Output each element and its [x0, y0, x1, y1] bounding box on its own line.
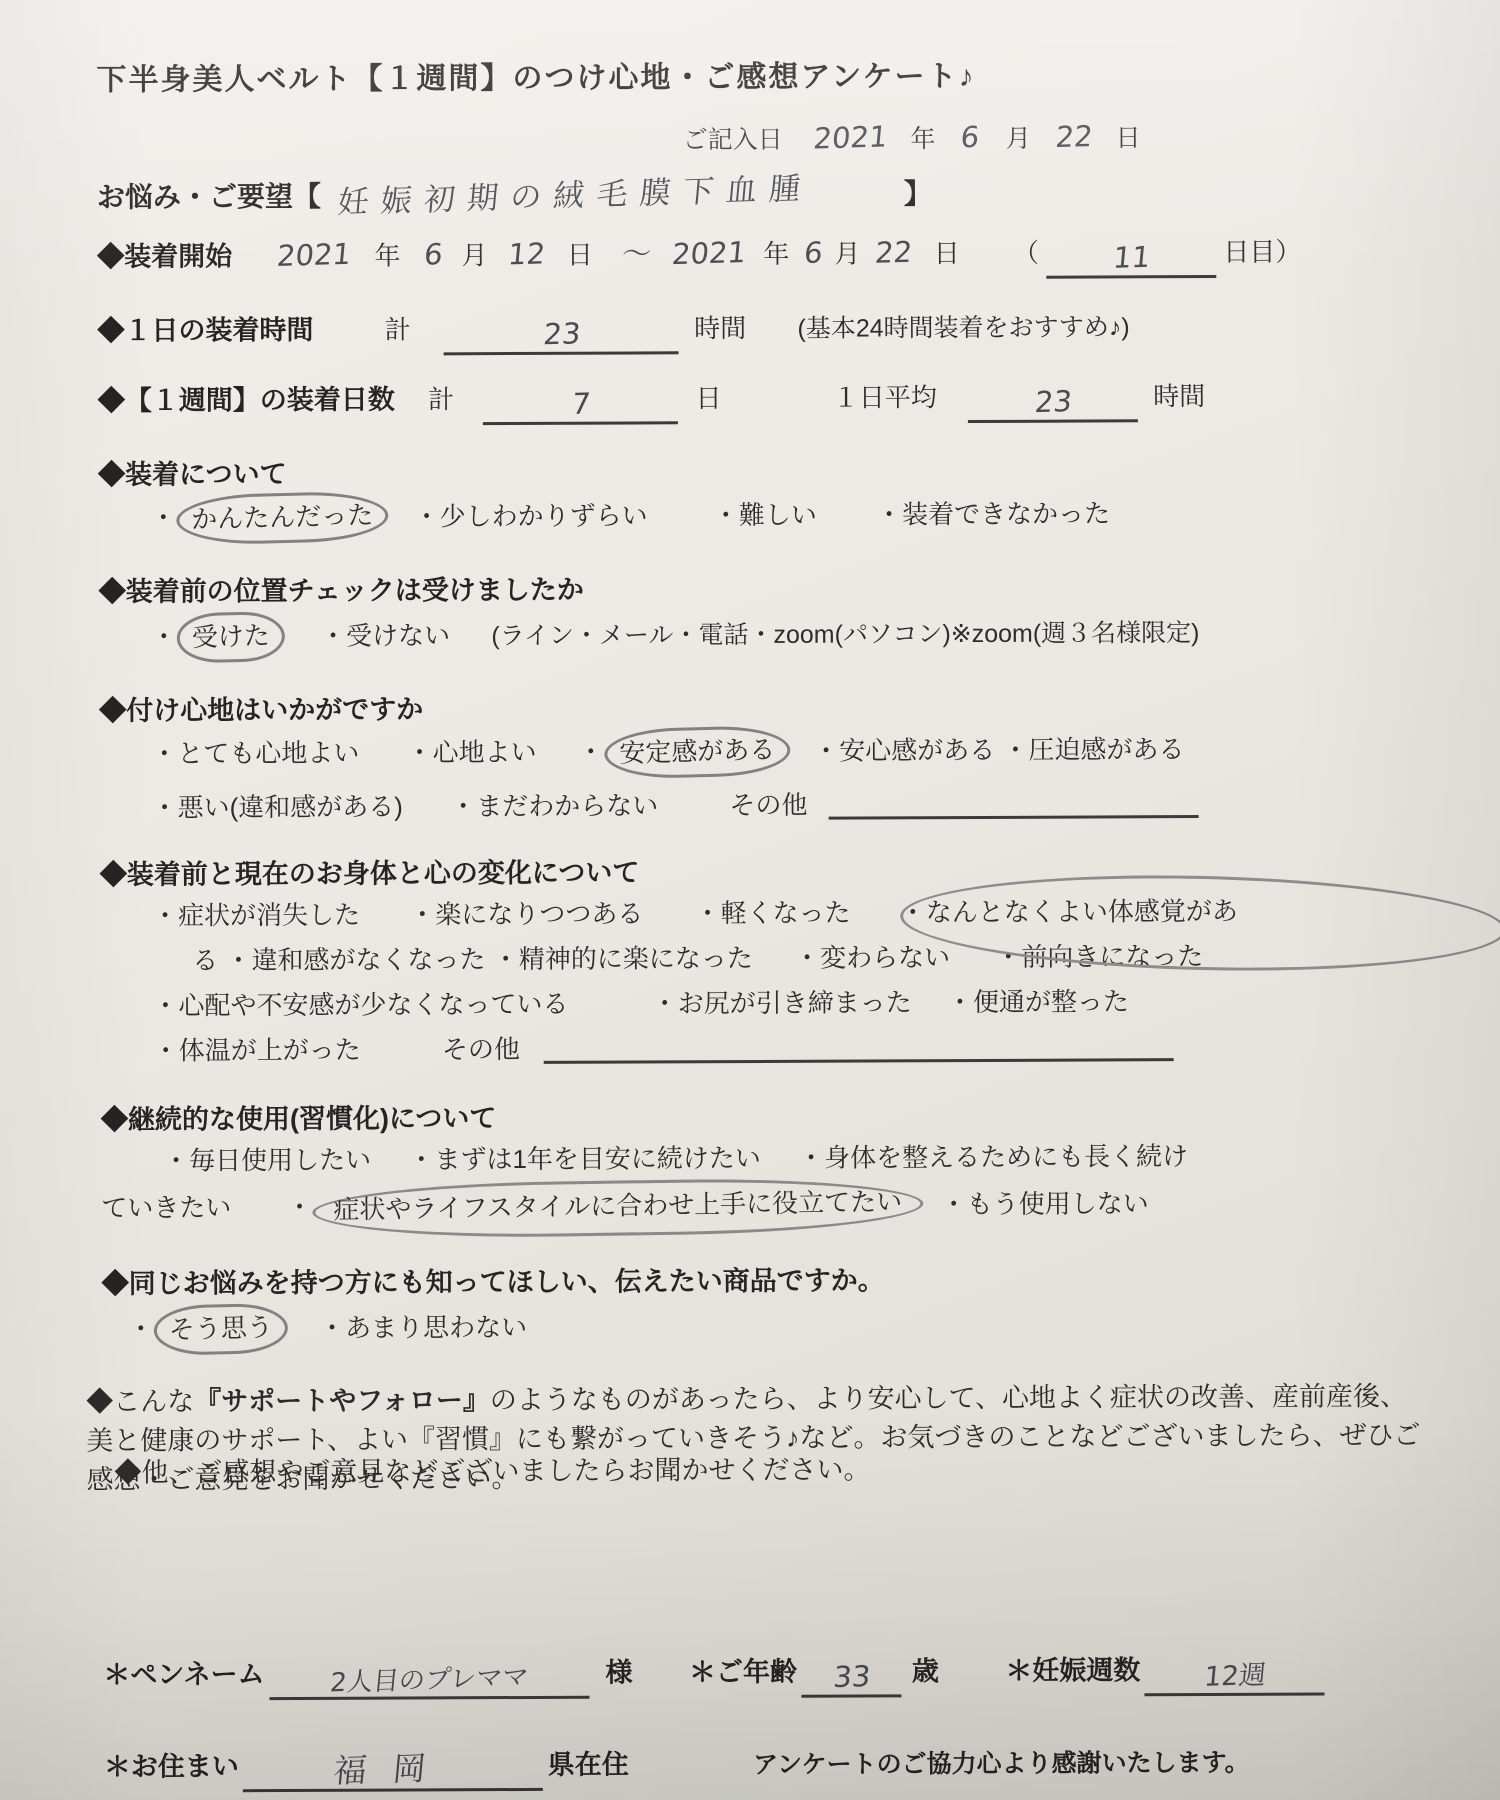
selected-option-circle: 症状やライフスタイルに合わせ上手に役立てたい — [312, 1176, 924, 1240]
bullet: ・ — [995, 936, 1021, 973]
penname-label: ＊ペンネーム — [103, 1659, 264, 1690]
changes-other-label: その他 — [442, 1029, 520, 1066]
recommend-options-row: ・そう思う ・あまり思わない — [102, 1301, 1438, 1353]
option-difficult: 難しい — [739, 494, 817, 531]
wear-start-row: ◆装着開始 2021 年 6 月 12 日 〜 2021 年 6 月 22 日 … — [97, 228, 1433, 283]
other-comments-heading: ◆他、ご感想やご意見などございましたらお聞かせください。 — [114, 1447, 870, 1489]
option-fit-lifestyle: 症状やライフスタイルに合わせ上手に役立てたい — [333, 1181, 902, 1226]
option-getting-easier: 楽になりつつある — [435, 893, 643, 931]
option-no-discomfort: 違和感がなくなった — [251, 939, 485, 977]
wear-end-month-value: 6 — [803, 235, 825, 270]
precheck-methods-note: (ライン・メール・電話・zoom(パソコン)※zoom(週３名様限定) — [491, 613, 1199, 652]
concern-close-bracket: 】 — [904, 178, 932, 209]
wear-start-label: ◆装着開始 — [97, 241, 232, 272]
wear-end-day-unit: 日 — [934, 233, 960, 270]
concern-row: お悩み・ご要望【 妊娠初期の絨毛膜下血腫 】 — [97, 165, 1433, 216]
weeks-label: ＊妊娠週数 — [1005, 1655, 1140, 1686]
precheck-options-row: ・受けた ・受けない (ライン・メール・電話・zoom(パソコン)※zoom(週… — [99, 609, 1435, 661]
section-precheck: ◆装着前の位置チェックは受けましたか ・受けた ・受けない (ライン・メール・電… — [99, 564, 1435, 661]
option-pressure-feeling: 圧迫感がある — [1028, 729, 1184, 767]
survey-photo: 下半身美人ベルト【１週間】のつけ心地・ご感想アンケート♪ ご記入日 2021 年… — [0, 0, 1500, 1800]
recommend-heading: ◆同じお悩みを持つ方にも知ってほしい、伝えたい商品ですか。 — [102, 1256, 1438, 1301]
date-range-tilde: 〜 — [620, 231, 653, 273]
option-no-change: 変わらない — [820, 937, 950, 975]
continue-options-row-2: ていきたい ・症状やライフスタイルに合わせ上手に役立てたい ・もう使用しない — [101, 1182, 1437, 1232]
bullet: ・ — [900, 892, 926, 929]
bullet: ・ — [286, 1187, 312, 1224]
option-firmer-hips: お尻が引き締まった — [678, 982, 912, 1020]
option-no-more-use: もう使用しない — [967, 1183, 1149, 1221]
support-request-highlight: 『サポートやフォロー』 — [194, 1385, 490, 1416]
support-request-lead: ◆こんな — [86, 1386, 194, 1416]
option-easy: かんたんだった — [191, 494, 374, 536]
bullet: ・ — [450, 786, 476, 823]
section-changes: ◆装着前と現在のお身体と心の変化について ・症状が消失した ・楽になりつつある … — [100, 847, 1437, 1068]
daily-average-value: 23 — [1033, 386, 1073, 419]
option-good-body-sense-part2: る — [192, 940, 218, 977]
age-value: 33 — [831, 1661, 871, 1694]
bullet: ・ — [319, 1307, 345, 1344]
comfort-heading: ◆付け心地はいかがですか — [99, 683, 1435, 728]
option-very-comfortable: とても心地よい — [177, 732, 359, 770]
bullet: ・ — [713, 495, 739, 532]
option-comfortable: 心地よい — [433, 732, 537, 769]
respondent-row: ＊ペンネーム 2人目のプレママ 様 ＊ご年齢 33 歳 ＊妊娠週数 12週 — [103, 1647, 1325, 1700]
bullet: ・ — [794, 937, 820, 974]
wear-end-year-value: 2021 — [671, 235, 748, 271]
option-warmer-body: 体温が上がった — [179, 1029, 361, 1067]
concern-value: 妊娠初期の絨毛膜下血腫 — [337, 160, 903, 222]
option-bit-confusing: 少しわかりずらい — [440, 495, 648, 533]
bullet: ・ — [694, 893, 720, 930]
section-fitting: ◆装着について ・かんたんだった ・少しわかりずらい ・難しい ・装着できなかっ… — [98, 447, 1434, 542]
selected-option-circle: かんたんだった — [176, 490, 389, 545]
entry-date-day-unit: 日 — [1116, 118, 1141, 154]
wear-start-month-value: 6 — [422, 237, 444, 272]
option-agree: そう思う — [168, 1307, 273, 1347]
bullet: ・ — [813, 730, 839, 767]
survey-title: 下半身美人ベルト【１週間】のつけ心地・ご感想アンケート♪ — [96, 49, 1432, 99]
daily-hours-row: ◆１日の装着時間 計 23 時間 (基本24時間装着をおすすめ♪) — [97, 303, 1433, 357]
changes-options-row-3: ・心配や不安感が少なくなっている ・お尻が引き締まった ・便通が整った — [100, 980, 1436, 1023]
bullet: ・ — [578, 731, 604, 768]
bullet: ・ — [152, 985, 178, 1022]
option-not-really: あまり思わない — [345, 1307, 527, 1345]
week-days-label: ◆【１週間】の装着日数 — [98, 384, 395, 415]
changes-other-blank — [543, 1057, 1173, 1064]
daily-average-label: １日平均 — [833, 377, 937, 414]
bullet: ・ — [798, 1137, 824, 1174]
option-received: 受けた — [191, 615, 270, 654]
bullet: ・ — [408, 1139, 434, 1176]
entry-date-month-value: 6 — [959, 120, 981, 155]
wear-start-year-unit: 年 — [374, 236, 400, 273]
penname-value: 2人目のプレママ — [329, 1663, 530, 1698]
wear-start-month-unit: 月 — [461, 235, 487, 272]
selected-option-circle: 安定感がある — [603, 725, 790, 780]
option-better-bowel: 便通が整った — [973, 981, 1129, 1019]
bullet: ・ — [150, 497, 176, 534]
residence-value: 福岡 — [332, 1750, 454, 1790]
bullet: ・ — [414, 496, 440, 533]
entry-date-day-value: 22 — [1054, 119, 1094, 154]
penname-blank: 2人目のプレママ — [269, 1666, 589, 1700]
bullet: ・ — [225, 940, 251, 977]
comfort-other-label: その他 — [729, 784, 807, 821]
week-days-unit: 日 — [695, 378, 721, 415]
wear-end-year-unit: 年 — [763, 234, 789, 271]
section-comfort: ◆付け心地はいかがですか ・とても心地よい ・心地よい ・安定感がある ・安心感… — [99, 683, 1436, 825]
weeks-blank: 12週 — [1145, 1661, 1325, 1695]
wear-end-day-value: 22 — [874, 235, 914, 270]
age-unit: 歳 — [912, 1656, 939, 1686]
week-days-value: 7 — [570, 388, 591, 420]
changes-options-row-2: る ・違和感がなくなった ・精神的に楽になった ・変わらない ・前向きになった — [100, 935, 1436, 978]
bullet: ・ — [128, 1308, 154, 1345]
selected-option-circle: 受けた — [176, 611, 285, 664]
week-days-blank: 7 — [483, 388, 678, 425]
daily-hours-blank: 23 — [444, 318, 679, 355]
option-continue-long-part1: 身体を整えるためにも長く続け — [824, 1136, 1188, 1175]
changes-options-row-1: ・症状が消失した ・楽になりつつある ・軽くなった ・なんとなくよい体感覚があ — [100, 890, 1436, 933]
comfort-options-row-2: ・悪い(違和感がある) ・まだわからない その他 — [100, 782, 1436, 825]
option-not-received: 受けない — [346, 615, 450, 652]
changes-options-row-4: ・体温が上がった その他 — [101, 1025, 1437, 1068]
daily-hours-total-label: 計 — [385, 309, 411, 346]
survey-sheet: 下半身美人ベルト【１週間】のつけ心地・ご感想アンケート♪ ご記入日 2021 年… — [0, 0, 1500, 1800]
wear-start-day-value: 12 — [507, 236, 547, 271]
week-days-total-label: 計 — [428, 379, 454, 416]
residence-unit: 県在住 — [548, 1750, 629, 1780]
comfort-other-blank — [829, 814, 1199, 820]
bullet: ・ — [407, 732, 433, 769]
elapsed-days-blank: 11 — [1046, 242, 1216, 279]
elapsed-days-value: 11 — [1111, 242, 1151, 275]
thanks-message: アンケートのご協力心より感謝いたします。 — [753, 1749, 1250, 1779]
bullet: ・ — [163, 1140, 189, 1177]
section-recommend: ◆同じお悩みを持つ方にも知ってほしい、伝えたい商品ですか。 ・そう思う ・あまり… — [102, 1256, 1438, 1353]
bullet: ・ — [652, 983, 678, 1020]
continue-options-row-1: ・毎日使用したい ・まずは1年を目安に続けたい ・身体を整えるためにも長く続け — [101, 1135, 1437, 1178]
entry-date-year-unit: 年 — [910, 119, 935, 155]
option-good-body-sense-part1: なんとなくよい体感覚があ — [926, 891, 1238, 929]
comfort-options-row-1: ・とても心地よい ・心地よい ・安定感がある ・安心感がある ・圧迫感がある — [99, 726, 1435, 778]
daily-average-unit: 時間 — [1153, 376, 1205, 413]
residence-row: ＊お住まい 福岡 県在住 アンケートのご協力心より感謝いたします。 — [104, 1740, 1250, 1793]
section-continue: ◆継続的な使用(習慣化)について ・毎日使用したい ・まずは1年を目安に続けたい… — [101, 1092, 1438, 1232]
option-use-daily: 毎日使用したい — [189, 1139, 371, 1177]
daily-hours-value: 23 — [542, 318, 582, 351]
option-mentally-easier: 精神的に楽になった — [519, 938, 753, 976]
bullet: ・ — [409, 894, 435, 931]
bullet: ・ — [153, 1030, 179, 1067]
fitting-heading: ◆装着について — [98, 447, 1434, 492]
wear-start-day-unit: 日 — [567, 235, 593, 272]
bullet: ・ — [151, 733, 177, 770]
entry-date-month-unit: 月 — [1006, 119, 1031, 155]
residence-label: ＊お住まい — [104, 1751, 239, 1782]
bullet: ・ — [320, 615, 346, 652]
bullet: ・ — [947, 982, 973, 1019]
option-stable-feeling: 安定感がある — [618, 729, 775, 770]
fitting-options-row: ・かんたんだった ・少しわかりずらい ・難しい ・装着できなかった — [98, 490, 1434, 542]
option-bad-discomfort: 悪い(違和感がある) — [178, 786, 403, 824]
daily-hours-note: (基本24時間装着をおすすめ♪) — [797, 307, 1129, 344]
daily-average-blank: 23 — [968, 386, 1138, 423]
option-not-sure-yet: まだわからない — [476, 785, 658, 823]
changes-heading: ◆装着前と現在のお身体と心の変化について — [100, 847, 1436, 892]
wear-end-month-unit: 月 — [834, 234, 860, 271]
bullet: ・ — [493, 939, 519, 976]
bullet: ・ — [876, 494, 902, 531]
option-feels-lighter: 軽くなった — [721, 892, 851, 930]
daily-hours-label: ◆１日の装着時間 — [97, 315, 313, 346]
residence-blank: 福岡 — [243, 1751, 543, 1793]
option-secure-feeling: 安心感がある — [839, 730, 995, 768]
precheck-heading: ◆装着前の位置チェックは受けましたか — [99, 564, 1435, 609]
elapsed-open-paren: （ — [1013, 233, 1039, 270]
weeks-value: 12週 — [1203, 1661, 1267, 1693]
option-continue-long-part2: ていきたい — [101, 1187, 231, 1225]
continue-heading: ◆継続的な使用(習慣化)について — [101, 1092, 1437, 1137]
bullet: ・ — [152, 787, 178, 824]
penname-suffix: 様 — [605, 1658, 632, 1688]
daily-hours-unit: 時間 — [694, 308, 746, 345]
concern-label: お悩み・ご要望【 — [97, 181, 321, 213]
bullet: ・ — [1002, 729, 1028, 766]
option-less-anxiety: 心配や不安感が少なくなっている — [178, 983, 568, 1022]
option-symptoms-gone: 症状が消失した — [178, 894, 360, 932]
bullet: ・ — [152, 895, 178, 932]
option-could-not-wear: 装着できなかった — [902, 493, 1110, 531]
entry-date-year-value: 2021 — [812, 119, 889, 155]
elapsed-close-paren: 日目） — [1223, 232, 1301, 269]
week-days-row: ◆【１週間】の装着日数 計 7 日 １日平均 23 時間 — [98, 373, 1434, 427]
bullet: ・ — [941, 1184, 967, 1221]
entry-date-label: ご記入日 — [683, 120, 783, 156]
wear-start-year-value: 2021 — [276, 237, 353, 273]
age-blank: 33 — [801, 1661, 901, 1697]
bullet: ・ — [151, 616, 177, 653]
selected-option-circle: そう思う — [153, 1302, 288, 1355]
option-continue-one-year: まずは1年を目安に続けたい — [434, 1138, 761, 1176]
age-label: ＊ご年齢 — [689, 1657, 797, 1687]
entry-date-row: ご記入日 2021 年 6 月 22 日 — [683, 117, 1433, 156]
option-more-positive: 前向きになった — [1021, 936, 1203, 974]
